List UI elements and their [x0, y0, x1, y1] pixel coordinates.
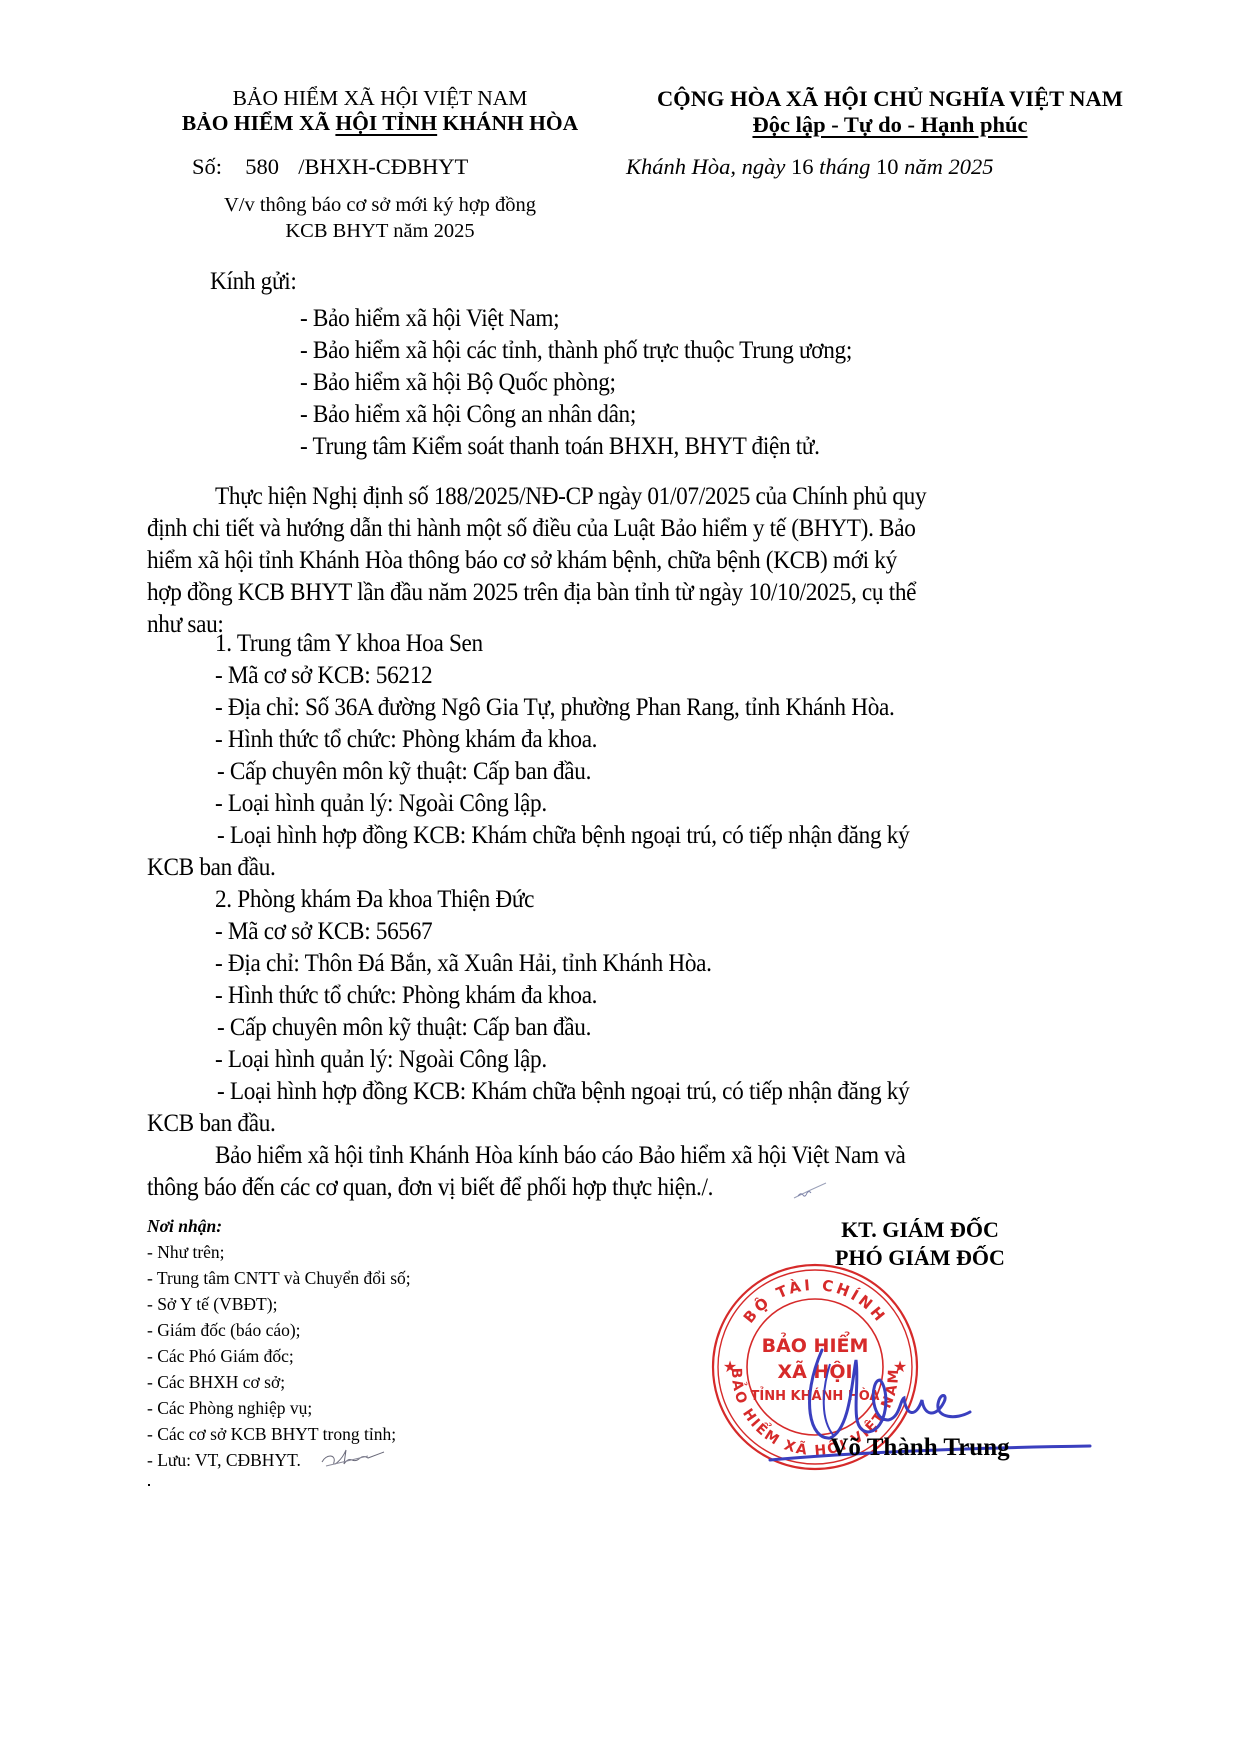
- addressee-item: - Bảo hiểm xã hội các tỉnh, thành phố tr…: [300, 337, 852, 365]
- intro-line: hợp đồng KCB BHYT lần đầu năm 2025 trên …: [147, 579, 916, 607]
- facility-contract-line-1: - Loại hình hợp đồng KCB: Khám chữa bệnh…: [217, 822, 909, 850]
- intro-line: hiểm xã hội tỉnh Khánh Hòa thông báo cơ …: [147, 547, 897, 575]
- number-suffix: /BHXH-CĐBHYT: [298, 154, 468, 179]
- facility-code: - Mã cơ sở KCB: 56212: [215, 662, 432, 690]
- facility-title: 2. Phòng khám Đa khoa Thiện Đức: [215, 886, 534, 914]
- addressee-item: - Bảo hiểm xã hội Việt Nam;: [300, 305, 559, 333]
- recipient-item: - Các Phòng nghiệp vụ;: [147, 1398, 312, 1419]
- subject-line-1: V/v thông báo cơ sở mới ký hợp đồng: [130, 194, 630, 217]
- date-year: năm 2025: [904, 154, 993, 179]
- recipient-item: - Các BHXH cơ sở;: [147, 1372, 285, 1393]
- recipient-item: - Lưu: VT, CĐBHYT.: [147, 1450, 301, 1471]
- agency-parent: BẢO HIỂM XÃ HỘI VIỆT NAM: [130, 86, 630, 111]
- facility-form: - Hình thức tổ chức: Phòng khám đa khoa.: [215, 726, 597, 754]
- facility-contract-line-1: - Loại hình hợp đồng KCB: Khám chữa bệnh…: [217, 1078, 909, 1106]
- recipient-item: - Sở Y tế (VBĐT);: [147, 1294, 277, 1315]
- recipients-label: Nơi nhận:: [147, 1216, 222, 1237]
- facility-contract-line-2: KCB ban đầu.: [147, 854, 275, 882]
- facility-address: - Địa chỉ: Thôn Đá Bắn, xã Xuân Hải, tỉn…: [215, 950, 712, 978]
- place-date-prefix: Khánh Hòa, ngày: [626, 154, 785, 179]
- facility-level: - Cấp chuyên môn kỹ thuật: Cấp ban đầu.: [217, 1014, 591, 1042]
- intro-line: định chi tiết và hướng dẫn thi hành một …: [147, 515, 916, 543]
- number-label: Số:: [192, 154, 222, 179]
- number-value: 580: [245, 154, 279, 179]
- signer-name: Võ Thành Trung: [760, 1434, 1080, 1462]
- motto-text: Độc lập - Tự do - Hạnh phúc: [752, 112, 1027, 137]
- facility-management: - Loại hình quản lý: Ngoài Công lập.: [215, 1046, 547, 1074]
- facility-level: - Cấp chuyên môn kỹ thuật: Cấp ban đầu.: [217, 758, 591, 786]
- initial-mark-icon: [790, 1180, 830, 1202]
- closing-line: thông báo đến các cơ quan, đơn vị biết đ…: [147, 1174, 713, 1202]
- addressee-item: - Trung tâm Kiểm soát thanh toán BHXH, B…: [300, 433, 820, 461]
- intro-line: Thực hiện Nghị định số 188/2025/NĐ-CP ng…: [215, 483, 926, 511]
- recipient-item: - Các Phó Giám đốc;: [147, 1346, 294, 1367]
- recipient-item: - Giám đốc (báo cáo);: [147, 1320, 301, 1341]
- facility-title: 1. Trung tâm Y khoa Hoa Sen: [215, 630, 483, 658]
- intro-line: như sau:: [147, 611, 224, 639]
- date-month: 10: [876, 154, 899, 179]
- date-day: 16: [791, 154, 814, 179]
- dot-mark: [148, 1484, 150, 1486]
- facility-code: - Mã cơ sở KCB: 56567: [215, 918, 432, 946]
- national-title: CỘNG HÒA XÃ HỘI CHỦ NGHĨA VIỆT NAM: [610, 86, 1170, 112]
- svg-text:★: ★: [723, 1359, 737, 1376]
- place-date: Khánh Hòa, ngày 16 tháng 10 năm 2025: [626, 154, 994, 180]
- facility-address: - Địa chỉ: Số 36A đường Ngô Gia Tự, phườ…: [215, 694, 894, 722]
- national-motto: Độc lập - Tự do - Hạnh phúc: [610, 112, 1170, 138]
- subject-line-2: KCB BHYT năm 2025: [130, 220, 630, 243]
- date-month-label: tháng: [819, 154, 870, 179]
- facility-management: - Loại hình quản lý: Ngoài Công lập.: [215, 790, 547, 818]
- recipient-item: - Trung tâm CNTT và Chuyển đổi số;: [147, 1268, 411, 1289]
- recipient-item: - Như trên;: [147, 1242, 225, 1263]
- closing-line: Bảo hiểm xã hội tỉnh Khánh Hòa kính báo …: [215, 1142, 905, 1170]
- agency-name: BẢO HIỂM XÃ HỘI TỈNH KHÁNH HÒA: [130, 111, 630, 136]
- document-number: Số: 580 /BHXH-CĐBHYT: [192, 154, 468, 180]
- facility-contract-line-2: KCB ban đầu.: [147, 1110, 275, 1138]
- addressee-label: Kính gửi:: [210, 268, 297, 296]
- agency-name-pre: BẢO HIỂM XÃ: [182, 111, 336, 135]
- facility-form: - Hình thức tổ chức: Phòng khám đa khoa.: [215, 982, 597, 1010]
- addressee-item: - Bảo hiểm xã hội Bộ Quốc phòng;: [300, 369, 616, 397]
- addressee-item: - Bảo hiểm xã hội Công an nhân dân;: [300, 401, 636, 429]
- initial-mark-icon: [318, 1440, 388, 1470]
- agency-name-underlined: HỘI TỈNH: [335, 111, 437, 135]
- signature-title-1: KT. GIÁM ĐỐC: [760, 1217, 1080, 1243]
- agency-name-post: KHÁNH HÒA: [437, 111, 578, 135]
